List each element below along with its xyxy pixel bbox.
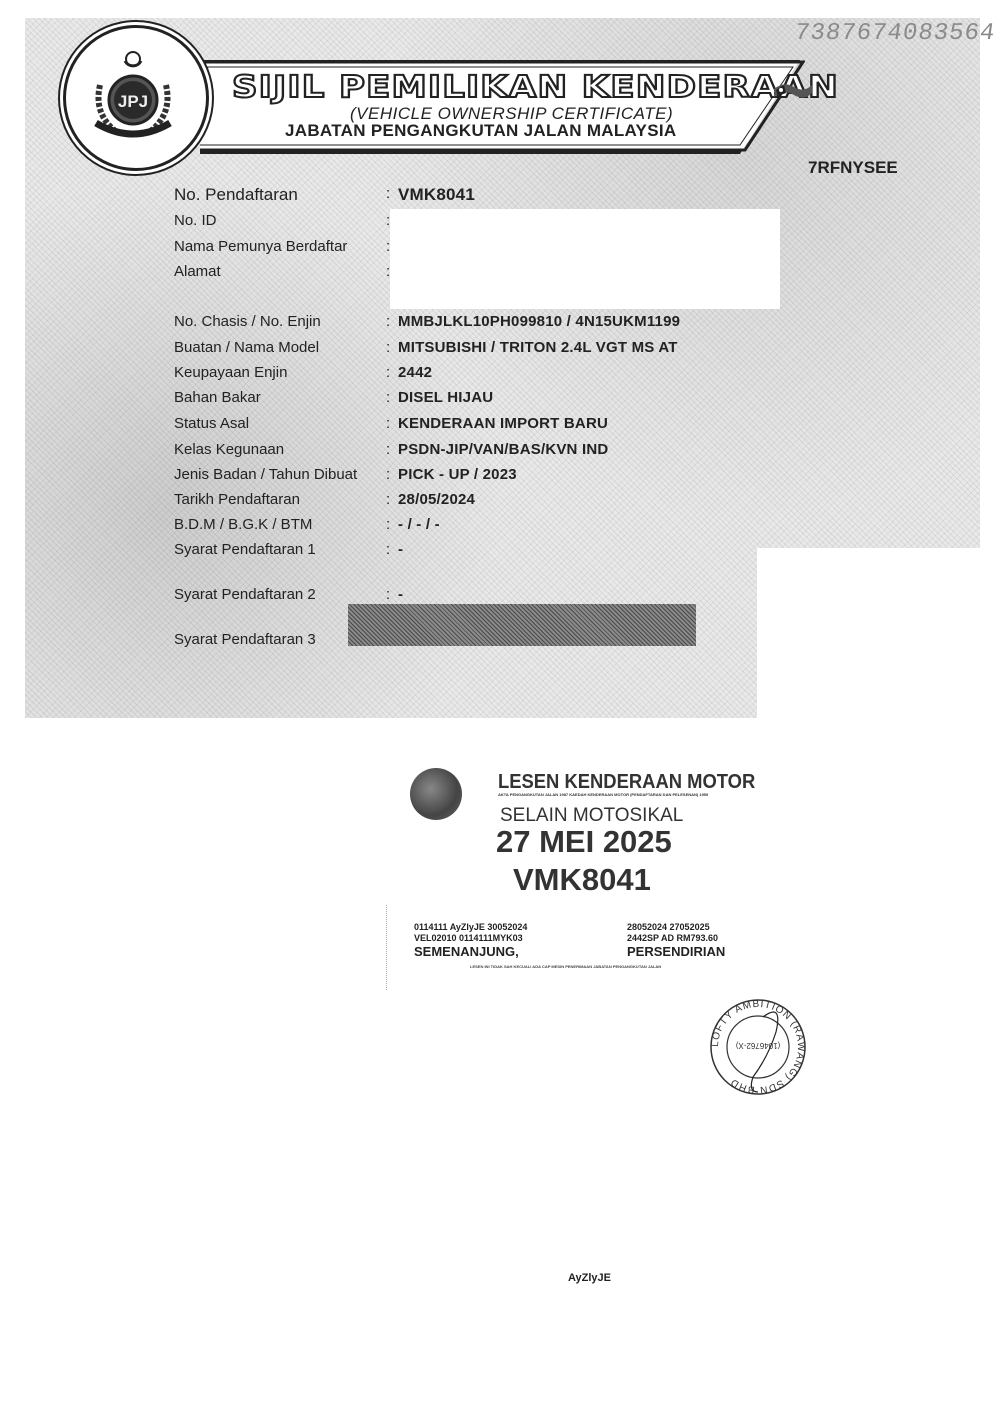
field-value: MITSUBISHI / TRITON 2.4L VGT MS AT bbox=[398, 339, 678, 356]
license-plate: VMK8041 bbox=[513, 862, 651, 898]
field-row: Keupayaan Enjin:2442 bbox=[174, 364, 432, 381]
field-label: Tarikh Pendaftaran bbox=[174, 491, 386, 508]
field-label: Bahan Bakar bbox=[174, 389, 386, 406]
field-separator: : bbox=[386, 491, 398, 508]
field-value: PSDN-JIP/VAN/BAS/KVN IND bbox=[398, 441, 608, 458]
field-row: B.D.M / B.G.K / BTM:- / - / - bbox=[174, 516, 440, 533]
field-separator: : bbox=[386, 441, 398, 458]
field-label: No. ID bbox=[174, 212, 386, 229]
field-label: Kelas Kegunaan bbox=[174, 441, 386, 458]
redacted-owner-details bbox=[390, 209, 780, 309]
field-label: Nama Pemunya Berdaftar bbox=[174, 238, 386, 255]
field-label: Jenis Badan / Tahun Dibuat bbox=[174, 466, 386, 483]
license-expiry-date: 27 MEI 2025 bbox=[496, 824, 672, 860]
field-separator: : bbox=[386, 389, 398, 406]
field-separator: : bbox=[386, 516, 398, 533]
field-value: PICK - UP / 2023 bbox=[398, 466, 517, 483]
field-value: DISEL HIJAU bbox=[398, 389, 493, 406]
field-row: Alamat: bbox=[174, 263, 398, 280]
field-separator: : bbox=[386, 313, 398, 330]
field-row: Bahan Bakar:DISEL HIJAU bbox=[174, 389, 493, 406]
field-separator: : bbox=[386, 541, 398, 558]
footer-code: AyZlyJE bbox=[568, 1272, 611, 1284]
field-label: No. Chasis / No. Enjin bbox=[174, 313, 386, 330]
field-row: Tarikh Pendaftaran:28/05/2024 bbox=[174, 491, 475, 508]
field-separator: : bbox=[386, 185, 398, 205]
field-separator: : bbox=[386, 415, 398, 432]
svg-text:JPJ: JPJ bbox=[118, 92, 148, 111]
field-row: No. ID: bbox=[174, 212, 398, 229]
field-row: Kelas Kegunaan:PSDN-JIP/VAN/BAS/KVN IND bbox=[174, 441, 608, 458]
field-row: Syarat Pendaftaran 2:- bbox=[174, 586, 403, 603]
field-separator: : bbox=[386, 586, 398, 603]
field-value: MMBJLKL10PH099810 / 4N15UKM1199 bbox=[398, 313, 680, 330]
field-row: Status Asal:KENDERAAN IMPORT BARU bbox=[174, 415, 608, 432]
license-act-text: AKTA PENGANGKUTAN JALAN 1987 KAEDAH KEND… bbox=[498, 792, 708, 797]
field-label: Keupayaan Enjin bbox=[174, 364, 386, 381]
license-ref-line-1: 0114111 AyZlyJE 30052024 bbox=[414, 922, 527, 932]
field-row: Jenis Badan / Tahun Dibuat:PICK - UP / 2… bbox=[174, 466, 517, 483]
field-separator: : bbox=[386, 339, 398, 356]
field-label: Buatan / Nama Model bbox=[174, 339, 386, 356]
field-value: - bbox=[398, 541, 403, 558]
field-value: VMK8041 bbox=[398, 185, 475, 205]
license-ref-line-2: VEL02010 0114111MYK03 bbox=[414, 933, 523, 943]
field-value: - bbox=[398, 586, 403, 603]
svg-text:(1046762-X): (1046762-X) bbox=[735, 1041, 780, 1050]
license-usage: PERSENDIRIAN bbox=[627, 944, 725, 959]
field-separator: : bbox=[386, 466, 398, 483]
field-value: - / - / - bbox=[398, 516, 440, 533]
license-validity-dates: 28052024 27052025 bbox=[627, 922, 710, 932]
field-value: 28/05/2024 bbox=[398, 491, 475, 508]
scan-blank-area bbox=[757, 548, 980, 720]
license-cut-line bbox=[386, 905, 387, 990]
field-row: Syarat Pendaftaran 1:- bbox=[174, 541, 403, 558]
department-name: JABATAN PENGANGKUTAN JALAN MALAYSIA bbox=[285, 121, 676, 141]
signature-stroke bbox=[751, 1012, 777, 1092]
certificate-title: SIJIL PEMILIKAN KENDERAAN bbox=[232, 70, 839, 105]
security-hatch-pattern bbox=[348, 604, 696, 646]
field-label: Alamat bbox=[174, 263, 386, 280]
serial-number: 7387674083564 bbox=[793, 20, 997, 47]
field-value: KENDERAAN IMPORT BARU bbox=[398, 415, 608, 432]
field-label: No. Pendaftaran bbox=[174, 185, 386, 205]
license-fee: 2442SP AD RM793.60 bbox=[627, 933, 718, 943]
field-row: No. Pendaftaran:VMK8041 bbox=[174, 185, 475, 205]
company-stamp: LOFTY AMBITION (RAWANG) SDN BHD (1046762… bbox=[708, 997, 808, 1097]
field-row: Buatan / Nama Model:MITSUBISHI / TRITON … bbox=[174, 339, 678, 356]
field-label: Syarat Pendaftaran 2 bbox=[174, 586, 386, 603]
license-hologram-icon bbox=[410, 768, 462, 820]
malaysia-flag-icon bbox=[772, 79, 814, 101]
field-separator: : bbox=[386, 364, 398, 381]
field-label: B.D.M / B.G.K / BTM bbox=[174, 516, 386, 533]
field-value: 2442 bbox=[398, 364, 432, 381]
document-code: 7RFNYSEE bbox=[808, 158, 898, 178]
license-title: LESEN KENDERAAN MOTOR bbox=[498, 771, 755, 794]
field-label: Syarat Pendaftaran 1 bbox=[174, 541, 386, 558]
field-row: No. Chasis / No. Enjin:MMBJLKL10PH099810… bbox=[174, 313, 680, 330]
license-region: SEMENANJUNG, bbox=[414, 944, 519, 959]
license-validity-note: LESEN INI TIDAK SAH KECUALI ADA CAP MESI… bbox=[470, 964, 661, 969]
jpj-crest-icon: JPJ bbox=[88, 45, 178, 145]
field-label: Status Asal bbox=[174, 415, 386, 432]
field-row: Nama Pemunya Berdaftar: bbox=[174, 238, 398, 255]
